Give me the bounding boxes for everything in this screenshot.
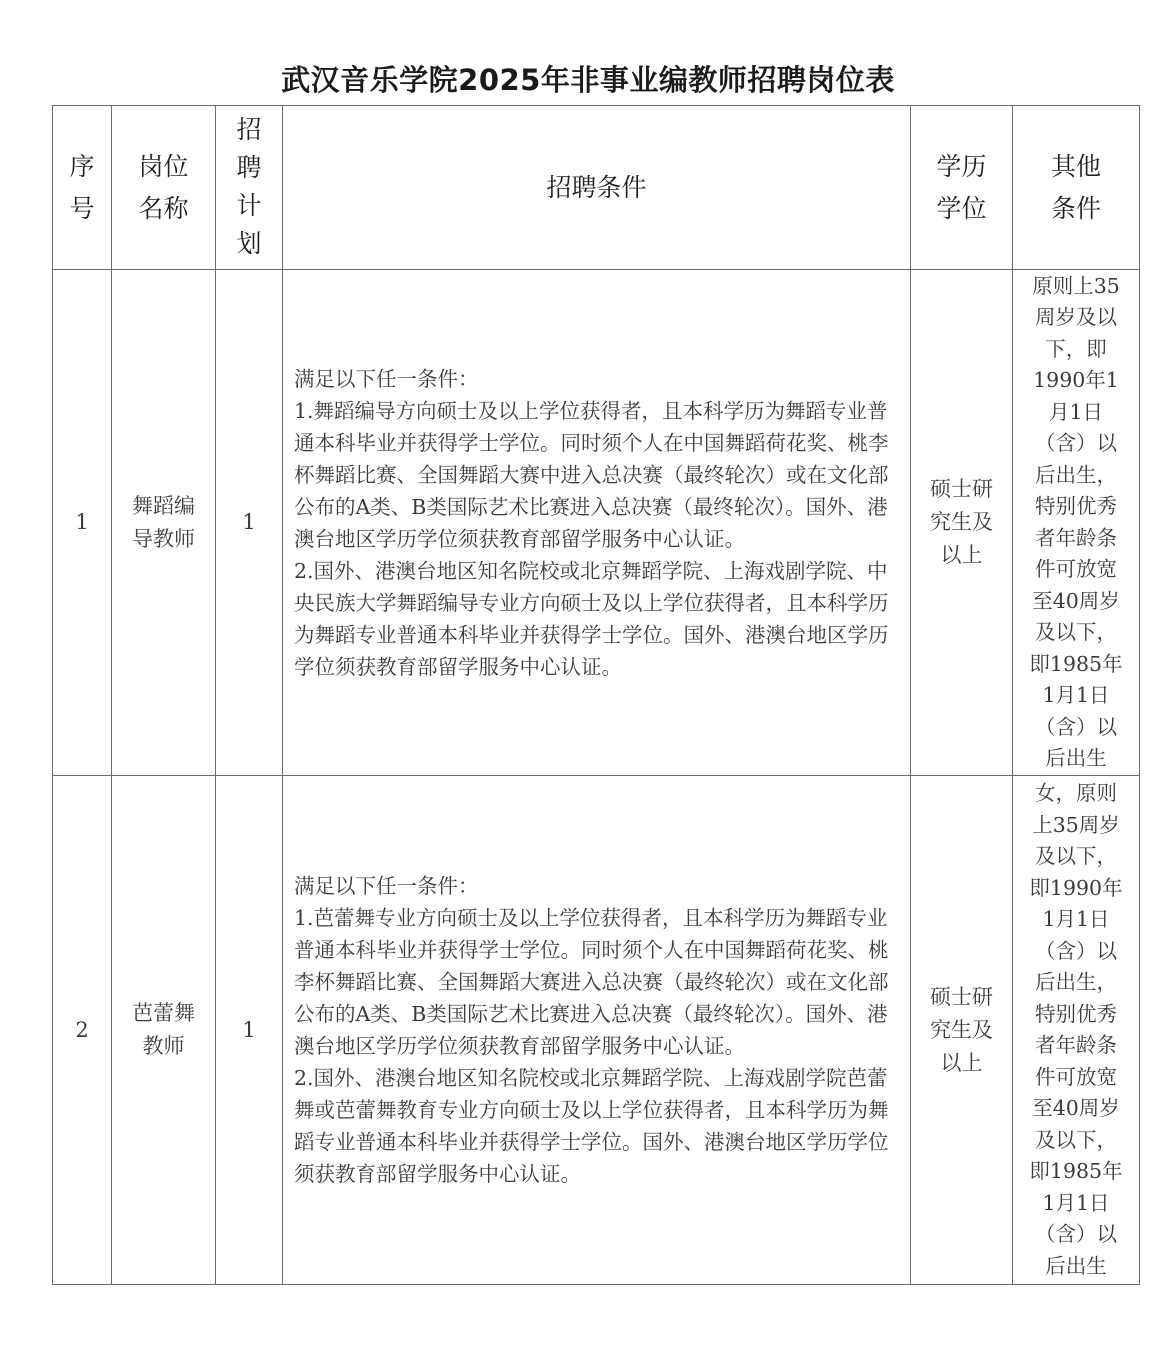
table-row: 2 芭蕾舞 教师 1 满足以下任一条件： 1.芭蕾舞专业方向硕士及以上学位获得者… [53,776,1140,1285]
header-plan: 招 聘 计 划 [216,106,283,270]
row-conditions: 满足以下任一条件： 1.舞蹈编导方向硕士及以上学位获得者，且本科学历为舞蹈专业普… [283,270,911,776]
header-other: 其他 条件 [1013,106,1140,270]
row-plan: 1 [216,270,283,776]
header-conditions-label: 招聘条件 [546,167,646,209]
row-education: 硕士研 究生及 以上 [911,270,1013,776]
header-position-label: 岗位 名称 [138,146,188,230]
row-conditions: 满足以下任一条件： 1.芭蕾舞专业方向硕士及以上学位获得者，且本科学历为舞蹈专业… [283,776,911,1285]
document-title: 武汉音乐学院2025年非事业编教师招聘岗位表 [0,58,1176,99]
row-position: 芭蕾舞 教师 [112,776,216,1285]
row-other: 原则上35 周岁及以 下，即 1990年1 月1日 （含）以 后出生， 特别优秀… [1013,270,1140,776]
header-other-label: 其他 条件 [1051,146,1101,230]
table-row: 1 舞蹈编 导教师 1 满足以下任一条件： 1.舞蹈编导方向硕士及以上学位获得者… [53,270,1140,776]
row-education: 硕士研 究生及 以上 [911,776,1013,1285]
table-header-row: 序 号 岗位 名称 招 聘 计 划 招聘条件 学历 学位 其他 条件 [53,106,1140,270]
header-conditions: 招聘条件 [283,106,911,270]
row-position: 舞蹈编 导教师 [112,270,216,776]
header-education: 学历 学位 [911,106,1013,270]
row-plan: 1 [216,776,283,1285]
recruitment-table: 序 号 岗位 名称 招 聘 计 划 招聘条件 学历 学位 其他 条件 1 舞蹈编… [52,105,1140,1285]
header-position: 岗位 名称 [112,106,216,270]
header-education-label: 学历 学位 [936,146,986,230]
row-index: 1 [53,270,112,776]
header-index-label: 序 号 [69,146,94,230]
row-index: 2 [53,776,112,1285]
header-index: 序 号 [53,106,112,270]
header-plan-label: 招 聘 计 划 [236,111,261,263]
row-other: 女，原则 上35周岁 及以下， 即1990年 1月1日 （含）以 后出生， 特别… [1013,776,1140,1285]
